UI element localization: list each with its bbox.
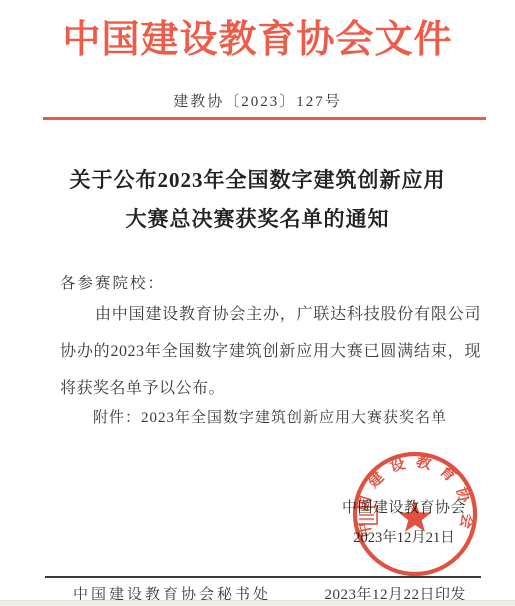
red-divider <box>43 117 486 120</box>
attachment-line: 附件：2023年全国数字建筑创新应用大赛获奖名单 <box>93 406 447 427</box>
footer-divider <box>45 576 481 578</box>
official-document-page: 中国建设教育协会文件 建教协〔2023〕127号 关于公布2023年全国数字建筑… <box>0 0 515 606</box>
body-paragraph: 由中国建设教育协会主办，广联达科技股份有限公司协办的2023年全国数字建筑创新应… <box>60 296 481 407</box>
letterhead-title: 中国建设教育协会文件 <box>0 8 515 63</box>
salutation: 各参赛院校： <box>60 271 165 293</box>
subject-title: 关于公布2023年全国数字建筑创新应用 大赛总决赛获奖名单的通知 <box>0 161 515 239</box>
seal-ring-text: 中国建设教育协会 <box>353 452 477 539</box>
subject-title-line1: 关于公布2023年全国数字建筑创新应用 <box>0 161 515 200</box>
document-number: 建教协〔2023〕127号 <box>0 90 515 111</box>
seal-star-icon <box>399 501 431 532</box>
official-seal-icon: 中国建设教育协会 <box>349 448 481 580</box>
scan-edge <box>0 600 515 606</box>
subject-title-line2: 大赛总决赛获奖名单的通知 <box>0 200 515 239</box>
